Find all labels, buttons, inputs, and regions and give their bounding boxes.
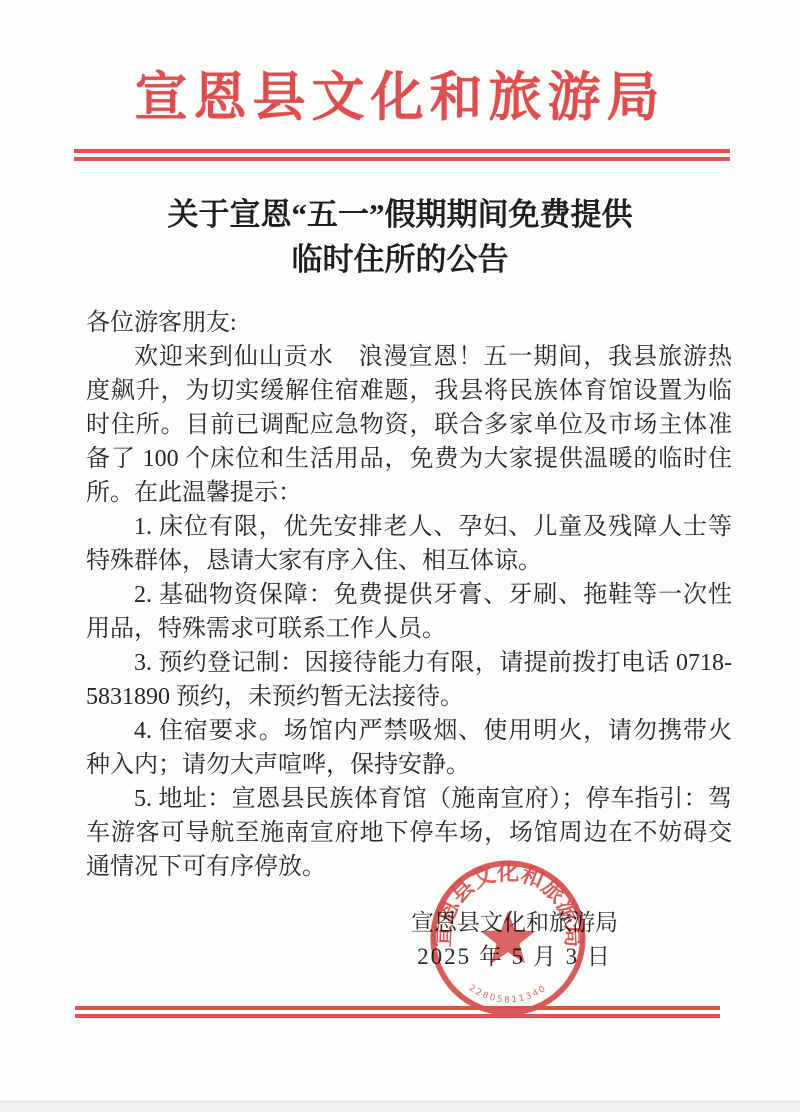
notice-paragraph-item4: 4. 住宿要求。场馆内严禁吸烟、使用明火，请勿携带火种入内；请勿大声喧哗，保持安…	[86, 714, 732, 782]
notice-paragraph-item2: 2. 基础物资保障：免费提供牙膏、牙刷、拖鞋等一次性用品，特殊需求可联系工作人员…	[86, 578, 732, 646]
notice-paragraph-item5: 5. 地址：宣恩县民族体育馆（施南宣府）；停车指引：驾车游客可导航至施南宣府地下…	[86, 782, 732, 884]
top-double-rule	[74, 149, 730, 161]
notice-paragraph-intro: 欢迎来到仙山贡水 浪漫宣恩！五一期间，我县旅游热度飙升，为切实缓解住宿难题，我县…	[86, 340, 732, 510]
official-seal: 宣恩县文化和旅游局 4228058113406	[426, 856, 590, 1020]
masthead-agency-name: 宣恩县文化和旅游局	[0, 66, 800, 130]
notice-paragraph-item1: 1. 床位有限，优先安排老人、孕妇、儿童及残障人士等特殊群体，恳请大家有序入住、…	[86, 510, 732, 578]
document-title-line1: 关于宣恩“五一”假期期间免费提供	[0, 192, 800, 237]
bottom-double-rule	[75, 1006, 720, 1018]
notice-paragraph-item3: 3. 预约登记制：因接待能力有限，请提前拨打电话 0718-5831890 预约…	[86, 646, 732, 714]
document-title-line2: 临时住所的公告	[0, 237, 800, 282]
page-bottom-edge	[0, 1101, 800, 1112]
salutation: 各位游客朋友:	[86, 306, 732, 340]
notice-body: 各位游客朋友: 欢迎来到仙山贡水 浪漫宣恩！五一期间，我县旅游热度飙升，为切实缓…	[86, 306, 732, 884]
star-icon	[480, 911, 535, 964]
document-title: 关于宣恩“五一”假期期间免费提供 临时住所的公告	[0, 192, 800, 282]
